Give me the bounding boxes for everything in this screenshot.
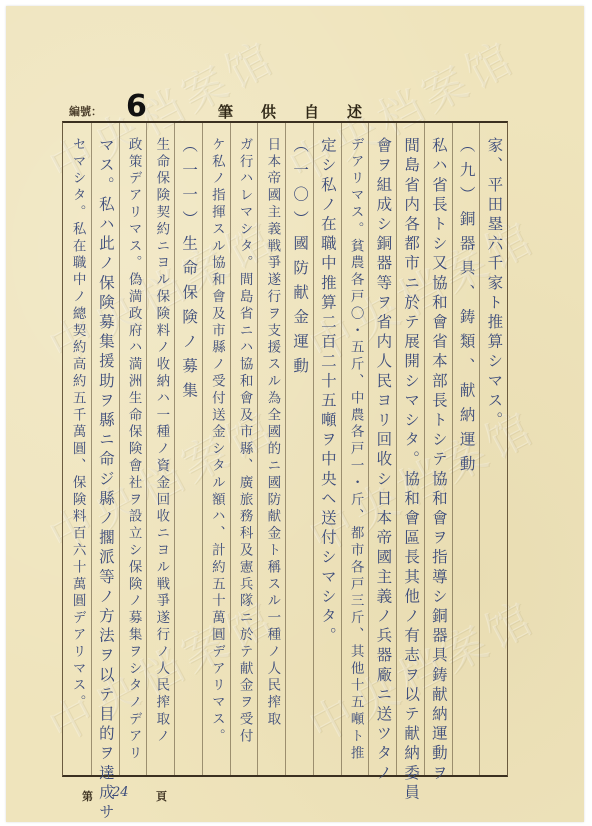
handwritten-line: マス。私ハ此ノ保険募集援助ヲ縣ニ命ジ縣ノ擱派等ノ方法ヲ以テ目的ヲ達成サ — [97, 137, 113, 822]
handwritten-line: ケ私ノ指揮スル協和會及市縣ノ受付送金シタル額ハ、計約五十萬圓デアリマス。 — [209, 137, 223, 745]
page-number: 24 — [112, 785, 129, 800]
manuscript-column: （九）銅器具、鋳類、献納運動 — [452, 123, 480, 775]
manuscript-column: 定シ私ノ在職中推算二百二十五噸ヲ中央ヘ送付シマシタ。 — [313, 123, 341, 775]
manuscript-column: 家、平田塁六千家ト推算シマス。 — [479, 123, 507, 775]
section-heading: （一一）生命保険ノ募集 — [181, 137, 197, 407]
handwritten-line: 定シ私ノ在職中推算二百二十五噸ヲ中央ヘ送付シマシタ。 — [319, 137, 335, 647]
document-title: 筆供自述 — [218, 101, 390, 122]
manuscript-column: 生命保険契約ニヨル保険料ノ收納ハ一種ノ資金回收ニヨル戦爭遂行ノ人民搾取ノ — [146, 123, 174, 775]
document-page: 中央档案馆 中央档案馆 中央档案馆 中央档案馆 中央档案馆 中央档案馆 中央档案… — [6, 6, 584, 822]
handwritten-line: デアリマス。貧農各戸〇・五斤、中農各戸一・斤、都市各戸三斤、其他十五噸ト推 — [348, 137, 362, 762]
handwritten-line: 私ハ省長トシ又協和會省本部長トシテ協和會ヲ指導シ銅器具鋳献納運動ヲ — [430, 137, 446, 784]
manuscript-column: マス。私ハ此ノ保険募集援助ヲ縣ニ命ジ縣ノ擱派等ノ方法ヲ以テ目的ヲ達成サ — [91, 123, 119, 775]
manuscript-column: セマシタ。私在職中ノ總契約高約五千萬圓、保険料百六十萬圓デアリマス。 — [63, 123, 91, 775]
manuscript-column: （一〇）國防献金運動 — [285, 123, 313, 775]
serial-number: 6 — [126, 89, 147, 124]
manuscript-column: 政策デアリマス。偽満政府ハ満洲生命保険會社ヲ設立シ保険ノ募集ヲシタノデアリ — [119, 123, 147, 775]
document-header: 編號： 6 筆供自述 — [6, 6, 584, 126]
section-heading: （一〇）國防献金運動 — [292, 137, 308, 382]
handwritten-line: 日本帝國主義戦爭遂行ヲ支援スル為全國的ニ國防献金ト稱スル一種ノ人民搾取 — [265, 137, 279, 729]
section-heading: （九）銅器具、鋳類、献納運動 — [458, 137, 474, 480]
manuscript-column: ケ私ノ指揮スル協和會及市縣ノ受付送金シタル額ハ、計約五十萬圓デアリマス。 — [202, 123, 230, 775]
manuscript-column: 日本帝國主義戦爭遂行ヲ支援スル為全國的ニ國防献金ト稱スル一種ノ人民搾取 — [257, 123, 285, 775]
handwritten-line: 生命保険契約ニヨル保険料ノ收納ハ一種ノ資金回收ニヨル戦爭遂行ノ人民搾取ノ — [154, 137, 168, 745]
handwritten-line: 間島省内各都市ニ於テ展開シマシタ。協和會區長其他ノ有志ヲ以テ献納委員 — [403, 137, 419, 803]
page-suffix: 頁 — [156, 788, 167, 804]
manuscript-column: 間島省内各都市ニ於テ展開シマシタ。協和會區長其他ノ有志ヲ以テ献納委員 — [396, 123, 424, 775]
handwritten-line: 家、平田塁六千家ト推算シマス。 — [486, 137, 502, 431]
manuscript-column: （一一）生命保険ノ募集 — [174, 123, 202, 775]
manuscript-grid: 家、平田塁六千家ト推算シマス。（九）銅器具、鋳類、献納運動私ハ省長トシ又協和會省… — [62, 121, 508, 777]
page-prefix: 第 — [82, 788, 93, 804]
manuscript-column: 會ヲ組成シ銅器等ヲ省内人民ヨリ回收シ日本帝國主義ノ兵器廠ニ送ツタノ — [368, 123, 396, 775]
manuscript-column: 私ハ省長トシ又協和會省本部長トシテ協和會ヲ指導シ銅器具鋳献納運動ヲ — [424, 123, 452, 775]
handwritten-line: ガ行ハレマシタ。間島省ニハ協和會及市縣、廣旅務科及憲兵隊ニ於テ献金ヲ受付 — [237, 137, 251, 745]
serial-label: 編號： — [69, 103, 102, 119]
handwritten-line: 會ヲ組成シ銅器等ヲ省内人民ヨリ回收シ日本帝國主義ノ兵器廠ニ送ツタノ — [375, 137, 391, 784]
manuscript-column: デアリマス。貧農各戸〇・五斤、中農各戸一・斤、都市各戸三斤、其他十五噸ト推 — [341, 123, 369, 775]
manuscript-column: ガ行ハレマシタ。間島省ニハ協和會及市縣、廣旅務科及憲兵隊ニ於テ献金ヲ受付 — [230, 123, 258, 775]
handwritten-line: セマシタ。私在職中ノ總契約高約五千萬圓、保険料百六十萬圓デアリマス。 — [70, 137, 84, 712]
handwritten-line: 政策デアリマス。偽満政府ハ満洲生命保険會社ヲ設立シ保険ノ募集ヲシタノデアリ — [126, 137, 140, 762]
